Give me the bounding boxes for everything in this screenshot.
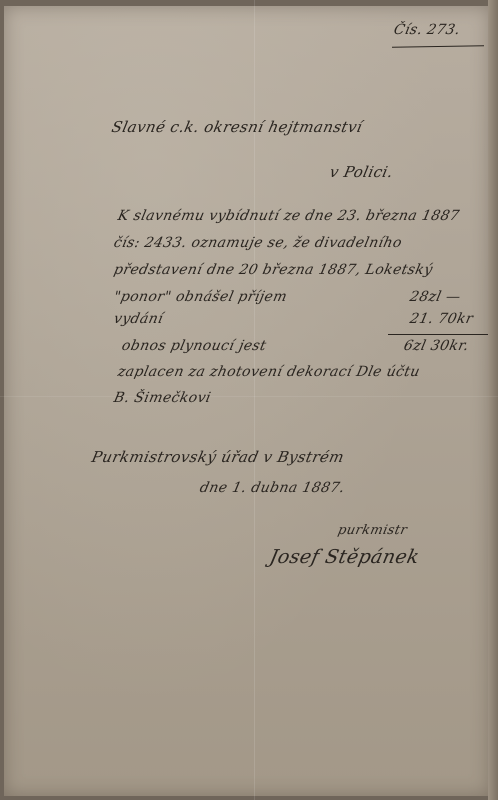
addressee-line-1: Slavné c.k. okresní hejtmanství: [110, 118, 364, 136]
paper-edge: [488, 0, 498, 800]
body-line-expenses: vydání: [112, 311, 164, 327]
body-line-8: B. Šimečkovi: [112, 390, 212, 406]
expenses-amount: 21. 70kr: [408, 311, 474, 327]
body-line-balance: obnos plynoucí jest: [120, 338, 267, 354]
body-line-income: "ponor" obnášel příjem: [112, 289, 288, 305]
issuing-office: Purkmistrovský úřad v Bystrém: [90, 448, 346, 466]
balance-amount: 6zl 30kr.: [402, 338, 470, 354]
signatory-title: purkmistr: [336, 523, 408, 538]
reference-number: Čís. 273.: [392, 22, 461, 38]
issue-date: dne 1. dubna 1887.: [198, 480, 346, 496]
body-line-2: čís: 2433. oznamuje se, že divadelního: [112, 235, 403, 251]
body-line-1: K slavnému vybídnutí ze dne 23. března 1…: [116, 208, 461, 224]
body-line-3: představení dne 20 března 1887, Loketský: [112, 262, 434, 278]
income-amount: 28zl —: [408, 289, 462, 305]
signature: Josef Stěpánek: [268, 546, 422, 568]
sum-underline: [388, 334, 488, 335]
addressee-line-2: v Polici.: [328, 163, 395, 181]
horizontal-fold-crease: [0, 396, 498, 397]
body-line-7: zaplacen za zhotovení dekorací Dle účtu: [116, 364, 421, 380]
